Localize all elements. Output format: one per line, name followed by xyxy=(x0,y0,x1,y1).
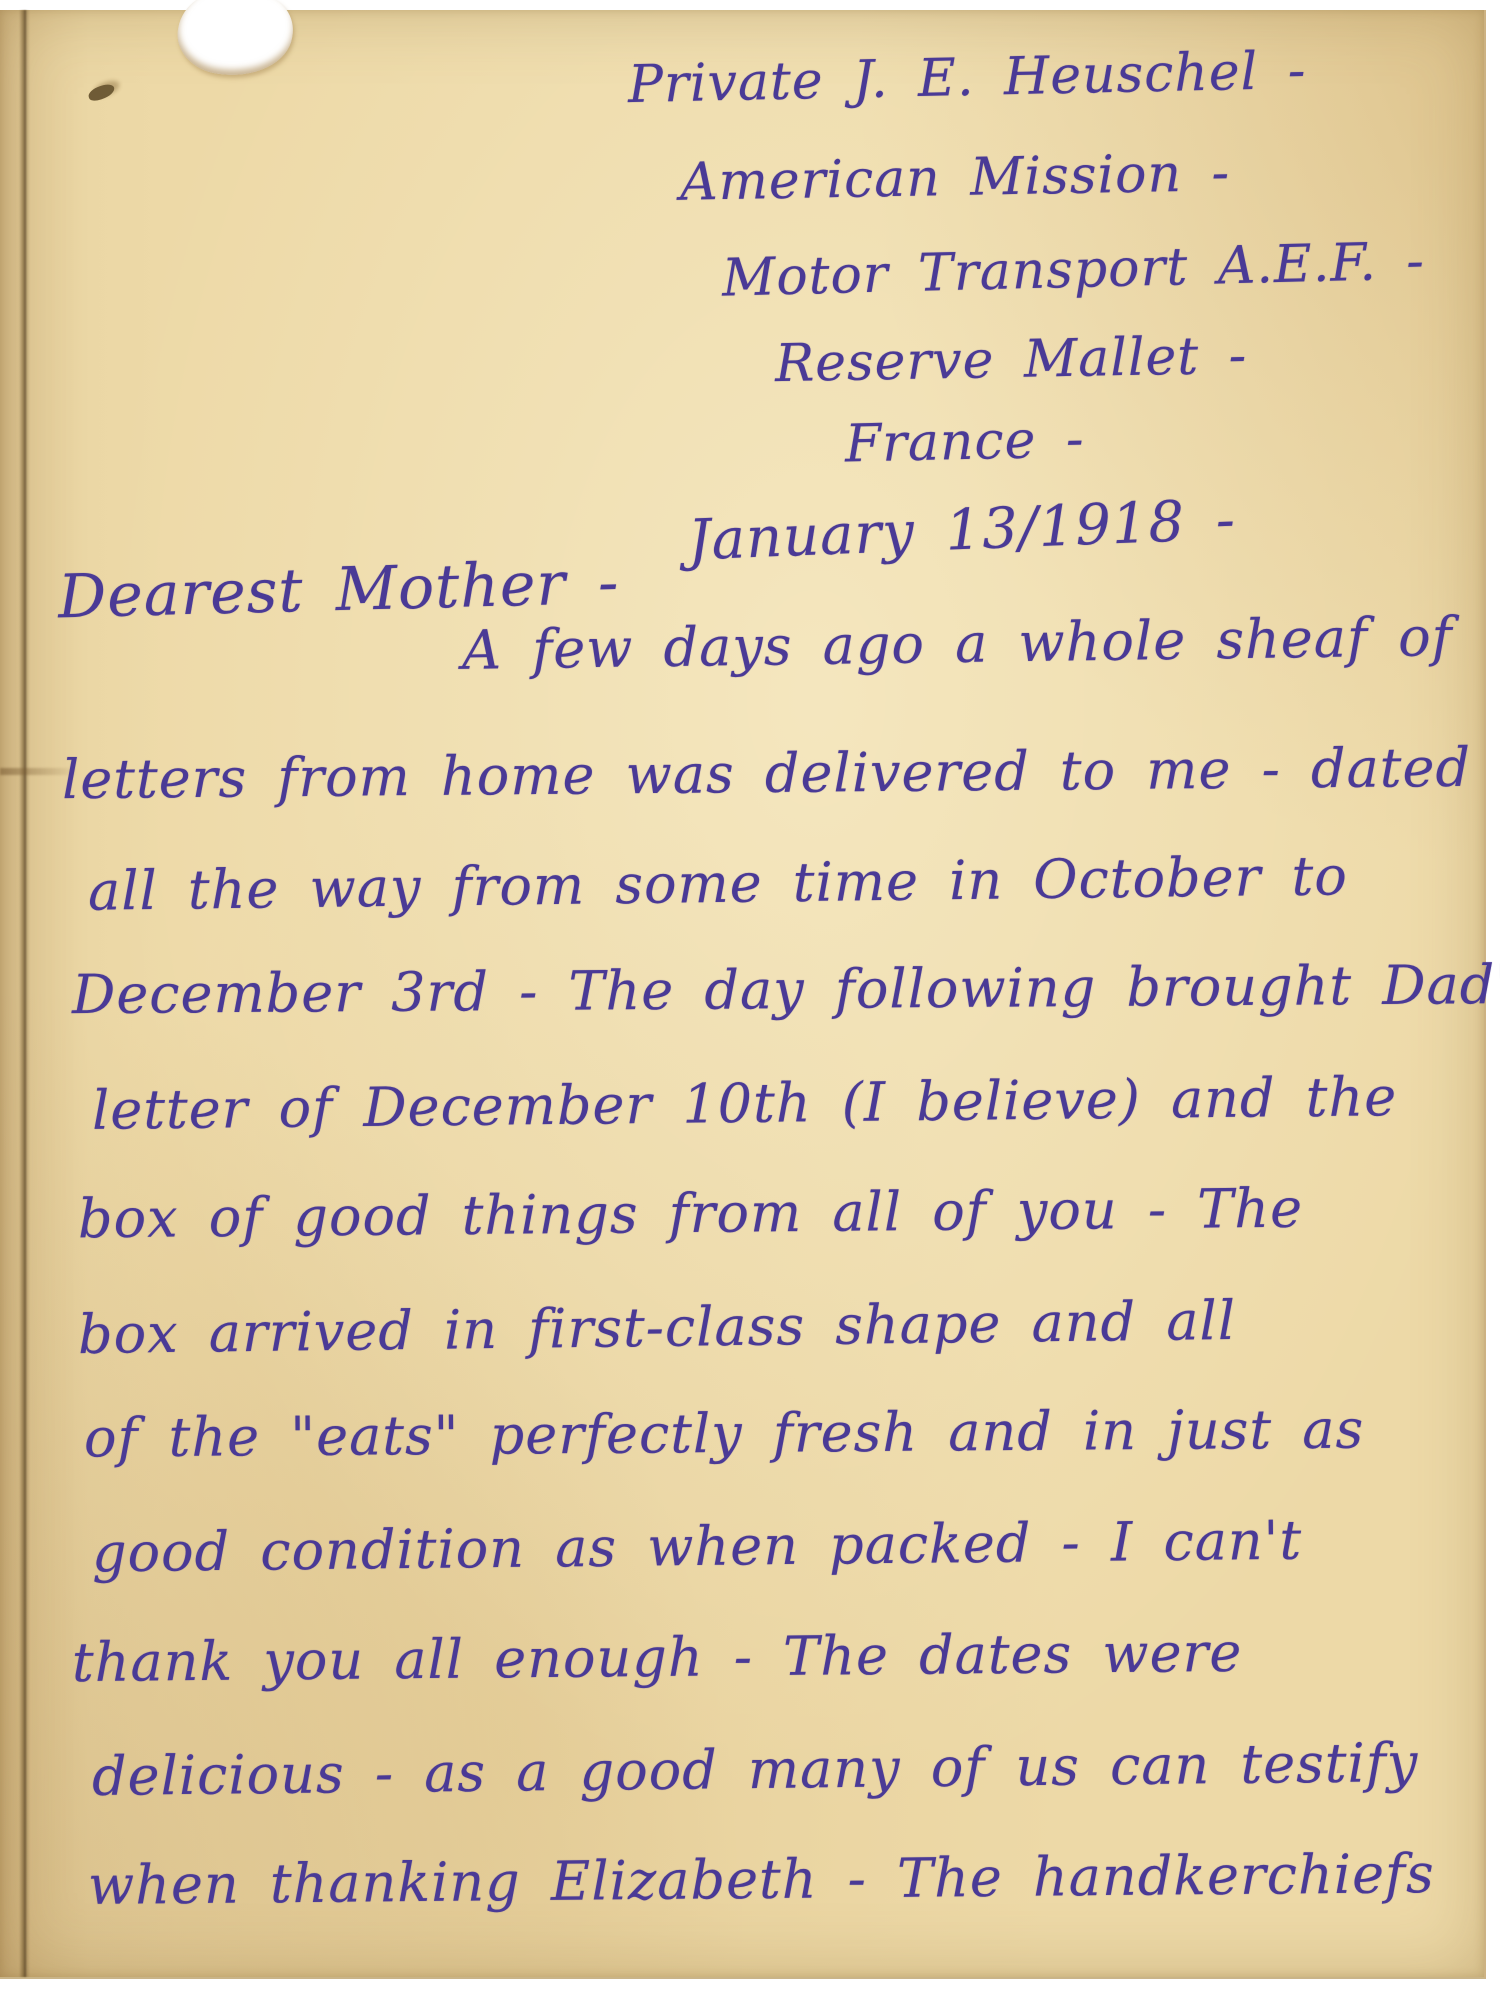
left-fold-crease xyxy=(19,10,30,1977)
body-line: good condition as when packed - I can't xyxy=(92,1509,1303,1585)
body-line: of the "eats" perfectly fresh and in jus… xyxy=(84,1398,1365,1470)
body-line: when thanking Elizabeth - The handkerchi… xyxy=(88,1842,1435,1917)
body-line: December 3rd - The day following brought… xyxy=(72,953,1500,1026)
body-line: box of good things from all of you - The xyxy=(78,1177,1304,1251)
header-line-reserve: Reserve Mallet - xyxy=(775,326,1248,394)
paper-blemish xyxy=(87,82,117,103)
header-line-country: France - xyxy=(844,409,1085,474)
header-line-unit: American Mission - xyxy=(680,143,1231,213)
body-line: letters from home was delivered to me - … xyxy=(62,736,1471,811)
body-line: thank you all enough - The dates were xyxy=(72,1621,1243,1694)
